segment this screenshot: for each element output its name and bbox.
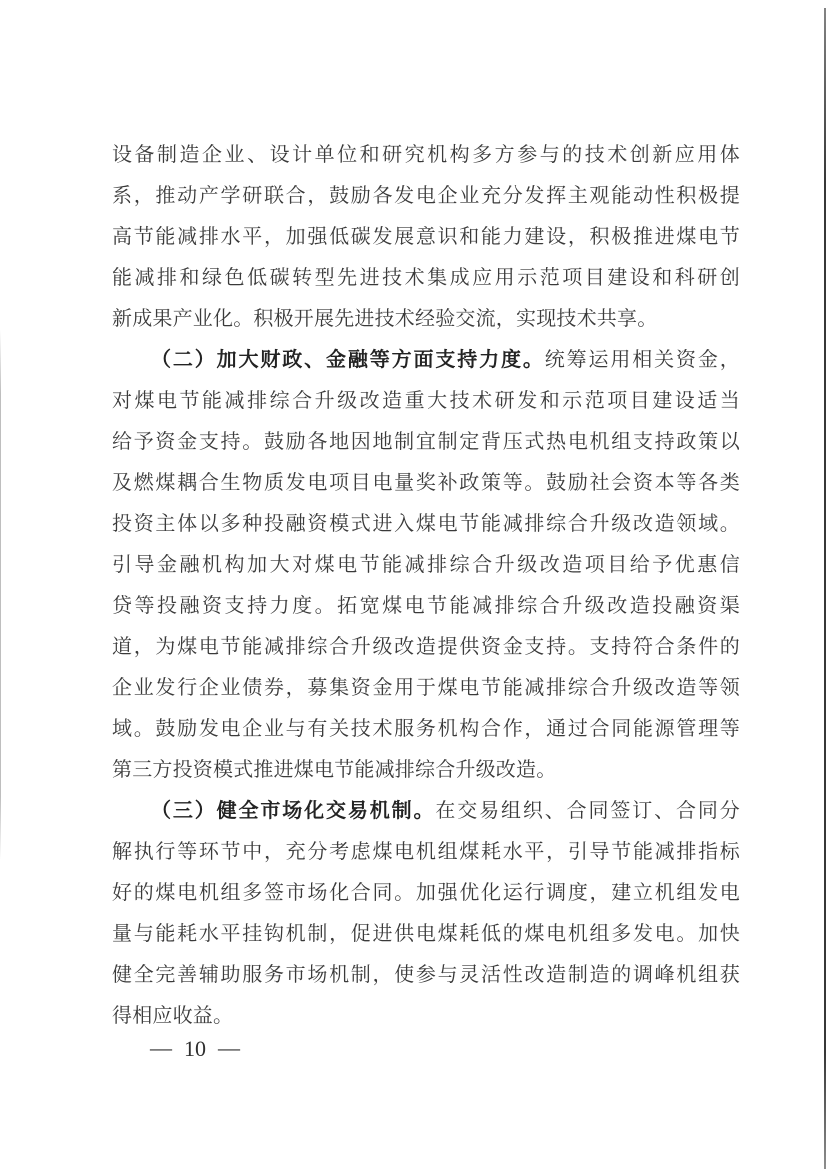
footer-dash-right: —	[218, 1035, 240, 1061]
text-line-with-heading: （三）健全市场化交易机制。在交易组织、合同签订、合同分	[112, 790, 740, 831]
section-heading: （二）加大财政、金融等方面支持力度。	[151, 347, 545, 371]
text-line: 对煤电节能减排综合升级改造重大技术研发和示范项目建设适当	[112, 380, 740, 421]
text-line: 解执行等环节中，充分考虑煤电机组煤耗水平，引导节能减排指标	[112, 831, 740, 872]
text-line: 新成果产业化。积极开展先进技术经验交流，实现技术共享。	[112, 298, 740, 339]
page-number: 10	[184, 1036, 206, 1062]
text-line: 能减排和绿色低碳转型先进技术集成应用示范项目建设和科研创	[112, 257, 740, 298]
text-line: 道，为煤电节能减排综合升级改造提供资金支持。支持符合条件的	[112, 626, 740, 667]
page-footer: — 10 —	[150, 1034, 240, 1064]
footer-dash-left: —	[150, 1035, 172, 1061]
text-line-with-heading: （二）加大财政、金融等方面支持力度。统筹运用相关资金，	[112, 339, 740, 380]
section-heading: （三）健全市场化交易机制。	[151, 798, 435, 822]
scan-edge-artifact-right	[824, 8, 826, 1169]
text-line: 给予资金支持。鼓励各地因地制宜制定背压式热电机组支持政策以	[112, 421, 740, 462]
text-line: 量与能耗水平挂钩机制，促进供电煤耗低的煤电机组多发电。加快	[112, 913, 740, 954]
text-line: 高节能减排水平，加强低碳发展意识和能力建设，积极推进煤电节	[112, 216, 740, 257]
text-line: 及燃煤耦合生物质发电项目电量奖补政策等。鼓励社会资本等各类	[112, 462, 740, 503]
text-line: 好的煤电机组多签市场化合同。加强优化运行调度，建立机组发电	[112, 872, 740, 913]
text-line: 得相应收益。	[112, 995, 740, 1036]
text-line: 系，推动产学研联合，鼓励各发电企业充分发挥主观能动性积极提	[112, 175, 740, 216]
text-line: 引导金融机构加大对煤电节能减排综合升级改造项目给予优惠信	[112, 544, 740, 585]
text-line: 第三方投资模式推进煤电节能减排综合升级改造。	[112, 749, 740, 790]
document-page: 设备制造企业、设计单位和研究机构多方参与的技术创新应用体系，推动产学研联合，鼓励…	[0, 0, 828, 1169]
text-line: 企业发行企业债券，募集资金用于煤电节能减排综合升级改造等领	[112, 667, 740, 708]
text-line: 域。鼓励发电企业与有关技术服务机构合作，通过合同能源管理等	[112, 708, 740, 749]
document-body: 设备制造企业、设计单位和研究机构多方参与的技术创新应用体系，推动产学研联合，鼓励…	[112, 134, 740, 1036]
text-line: 设备制造企业、设计单位和研究机构多方参与的技术创新应用体	[112, 134, 740, 175]
text-line: 贷等投融资支持力度。拓宽煤电节能减排综合升级改造投融资渠	[112, 585, 740, 626]
scan-edge-artifact-left	[0, 330, 1, 860]
text-line: 健全完善辅助服务市场机制，使参与灵活性改造制造的调峰机组获	[112, 954, 740, 995]
text-line: 投资主体以多种投融资模式进入煤电节能减排综合升级改造领域。	[112, 503, 740, 544]
